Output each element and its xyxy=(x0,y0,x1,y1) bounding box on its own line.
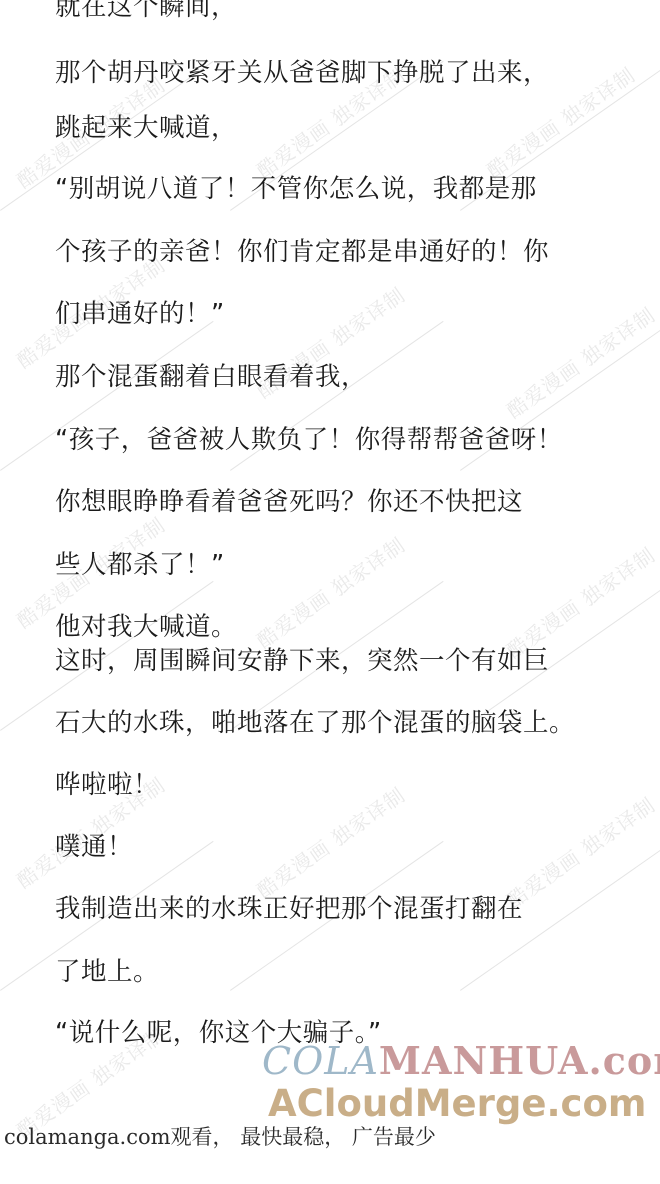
text-line: 们串通好的！” xyxy=(55,299,225,329)
colamanhua-logo-cola: COLA xyxy=(262,1039,379,1083)
watermark-text: 酷爱漫画 独家译制 xyxy=(250,779,410,903)
text-line: “别胡说八道了！不管你怎么说，我都是那 xyxy=(55,174,537,204)
watermark-text: 酷爱漫画 独家译制 xyxy=(500,299,660,423)
text-line: “孩子，爸爸被人欺负了！你得帮帮爸爸呀！ xyxy=(55,425,563,455)
text-line: 你想眼睁睁看着爸爸死吗？你还不快把这 xyxy=(55,487,523,517)
text-line: 那个胡丹咬紧牙关从爸爸脚下挣脱了出来， xyxy=(55,58,549,88)
text-line: 噗通！ xyxy=(55,832,133,862)
colamanhua-logo-manhua: MANHUA.com xyxy=(379,1038,660,1083)
text-line: 这时，周围瞬间安静下来，突然一个有如巨 xyxy=(55,646,549,676)
text-line: 他对我大喊道。 xyxy=(55,612,237,642)
text-line: 个孩子的亲爸！你们肯定都是串通好的！你 xyxy=(55,237,549,267)
text-line: 那个混蛋翻着白眼看着我， xyxy=(55,362,367,392)
text-line: 跳起来大喊道， xyxy=(55,113,237,143)
text-line: 些人都杀了！” xyxy=(55,550,225,580)
watermark-text: 酷爱漫画 独家译制 xyxy=(500,789,660,913)
watermark-text: 酷爱漫画 独家译制 xyxy=(250,529,410,653)
colamanhua-logo: COLAMANHUA.com xyxy=(262,1040,660,1082)
manga-text-page: 酷爱漫画 独家译制 酷爱漫画 独家译制 酷爱漫画 独家译制 酷爱漫画 独家译制 … xyxy=(0,0,660,1184)
text-line: 就在这个瞬间， xyxy=(55,0,237,22)
text-line: 我制造出来的水珠正好把那个混蛋打翻在 xyxy=(55,894,523,924)
text-line: 了地上。 xyxy=(55,957,159,987)
text-line: 石大的水珠，啪地落在了那个混蛋的脑袋上。 xyxy=(55,708,575,738)
site-footer-notice: colamanga.com观看， 最快最稳， 广告最少 xyxy=(4,1123,436,1151)
text-line: 哗啦啦！ xyxy=(55,770,159,800)
acloudmerge-logo: ACloudMerge.com xyxy=(268,1084,646,1124)
